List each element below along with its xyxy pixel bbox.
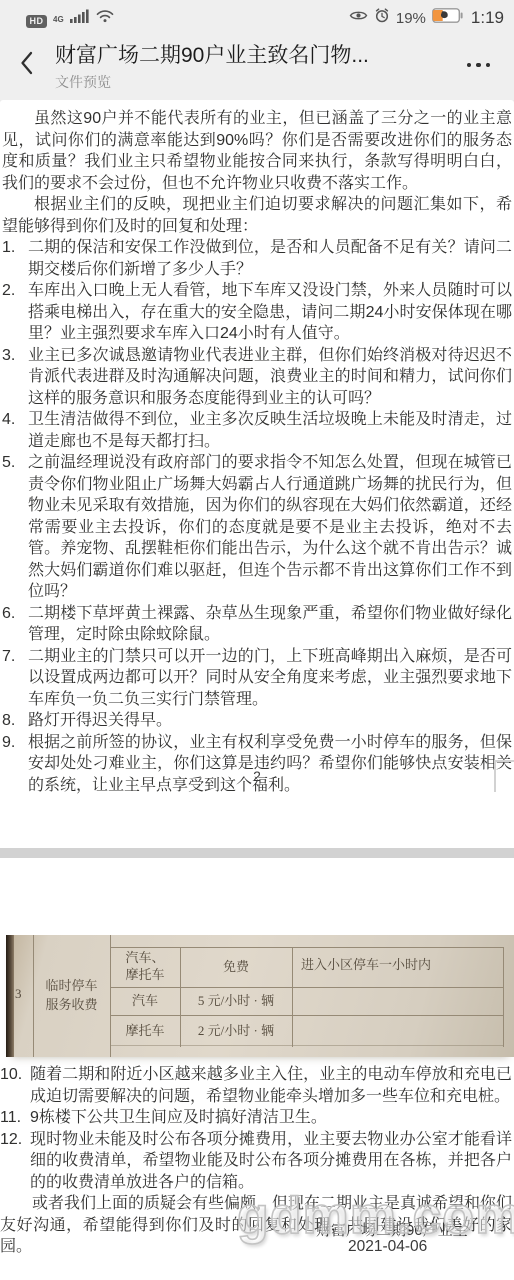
back-button[interactable] — [16, 45, 37, 86]
more-menu-icon[interactable] — [465, 55, 493, 76]
table-cell: 摩托车 — [110, 1022, 180, 1039]
list-item: 11.9栋楼下公共卫生间应及时搞好清洁卫生。 — [0, 1107, 512, 1129]
table-cell: 2 元/小时 · 辆 — [180, 1022, 292, 1039]
table-row-index: 3 — [15, 985, 22, 1002]
photo-dark-edge — [6, 935, 14, 1057]
watermark-text: gdmm.com — [237, 1190, 514, 1242]
table-cell: 免费 — [180, 958, 292, 975]
table-category-line1: 临时停车 — [33, 977, 110, 994]
back-chevron-icon — [20, 51, 33, 80]
table-cell: 摩托车 — [110, 966, 180, 983]
app-header: 财富广场二期90户业主致名门物... 文件预览 — [0, 36, 514, 100]
list-item: 8.路灯开得迟关得早。 — [2, 710, 512, 732]
cropped-table-corner — [494, 760, 514, 792]
eye-icon — [349, 9, 368, 27]
table-cell: 5 元/小时 · 辆 — [180, 992, 292, 1009]
parking-fee-table-photo: 3 临时停车 服务收费 汽车、 摩托车 免费 进入小区停车一小时内 汽车 5 元… — [6, 935, 514, 1057]
document-title: 财富广场二期90户业主致名门物... — [55, 39, 369, 69]
paragraph: 虽然这90户并不能代表所有的业主，但已涵盖了三分之一的业主意见，试问你们的满意率… — [2, 108, 512, 194]
network-type-label: 4G — [53, 15, 64, 24]
document-page-3[interactable]: 3 临时停车 服务收费 汽车、 摩托车 免费 进入小区停车一小时内 汽车 5 元… — [0, 858, 514, 1280]
status-bar: HD 4G — [0, 0, 514, 36]
battery-icon — [432, 8, 463, 28]
list-item: 4.卫生清洁做得不到位，业主多次反映生活垃圾晚上未能及时清走，过道走廊也不是每天… — [2, 409, 512, 452]
list-item: 7.二期业主的门禁只可以开一边的门，上下班高峰期出入麻烦，是否可以设置成两边都可… — [2, 646, 512, 711]
table-cell: 进入小区停车一小时内 — [301, 956, 431, 973]
table-cell: 汽车、 — [110, 949, 180, 966]
list-item: 1.二期的保洁和安保工作没做到位，是否和人员配备不足有关？请问二期交楼后你们新增… — [2, 237, 512, 280]
page-subtitle: 文件预览 — [55, 72, 369, 92]
page-gap-separator — [0, 848, 514, 858]
list-item: 5.之前温经理说没有政府部门的要求指令不知怎么处置，但现在城管已责令你们物业阻止… — [2, 452, 512, 603]
list-item: 3.业主已多次诚恳邀请物业代表进业主群，但你们始终消极对待迟迟不肯派代表进群及时… — [2, 345, 512, 410]
list-item: 10.随着二期和附近小区越来越多业主入住，业主的电动车停放和充电已成迫切需要解决… — [0, 1064, 512, 1107]
table-category-line2: 服务收费 — [33, 996, 110, 1013]
alarm-icon — [374, 8, 390, 28]
list-item: 6.二期楼下草坪黄土裸露、杂草丛生现象严重，希望你们物业做好绿化管理，定时除虫除… — [2, 603, 512, 646]
signal-icon — [70, 9, 90, 28]
page-number: 2 — [0, 768, 514, 784]
document-page-2[interactable]: 虽然这90户并不能代表所有的业主，但已涵盖了三分之一的业主意见，试问你们的满意率… — [0, 100, 514, 848]
list-item: 2.车库出入口晚上无人看管，地下车库又没设门禁，外来人员随时可以搭乘电梯出入，存… — [2, 280, 512, 345]
list-item: 12.现时物业未能及时公布各项分摊费用，业主要去物业办公室才能看详细的收费清单，… — [0, 1129, 512, 1194]
hd-badge: HD — [26, 15, 47, 28]
clock-label: 1:19 — [471, 8, 504, 28]
list-item: 9.根据之前所签的协议，业主有权利享受免费一小时停车的服务，但保安却处处刁难业主… — [2, 732, 512, 797]
page-2-text: 虽然这90户并不能代表所有的业主，但已涵盖了三分之一的业主意见，试问你们的满意率… — [0, 100, 514, 796]
paragraph: 根据业主们的反映，现把业主们迫切要求解决的问题汇集如下，希望能够得到你们及时的回… — [2, 194, 512, 237]
wifi-icon — [96, 9, 114, 28]
table-cell: 汽车 — [110, 992, 180, 1009]
battery-percent-label: 19% — [396, 10, 426, 27]
